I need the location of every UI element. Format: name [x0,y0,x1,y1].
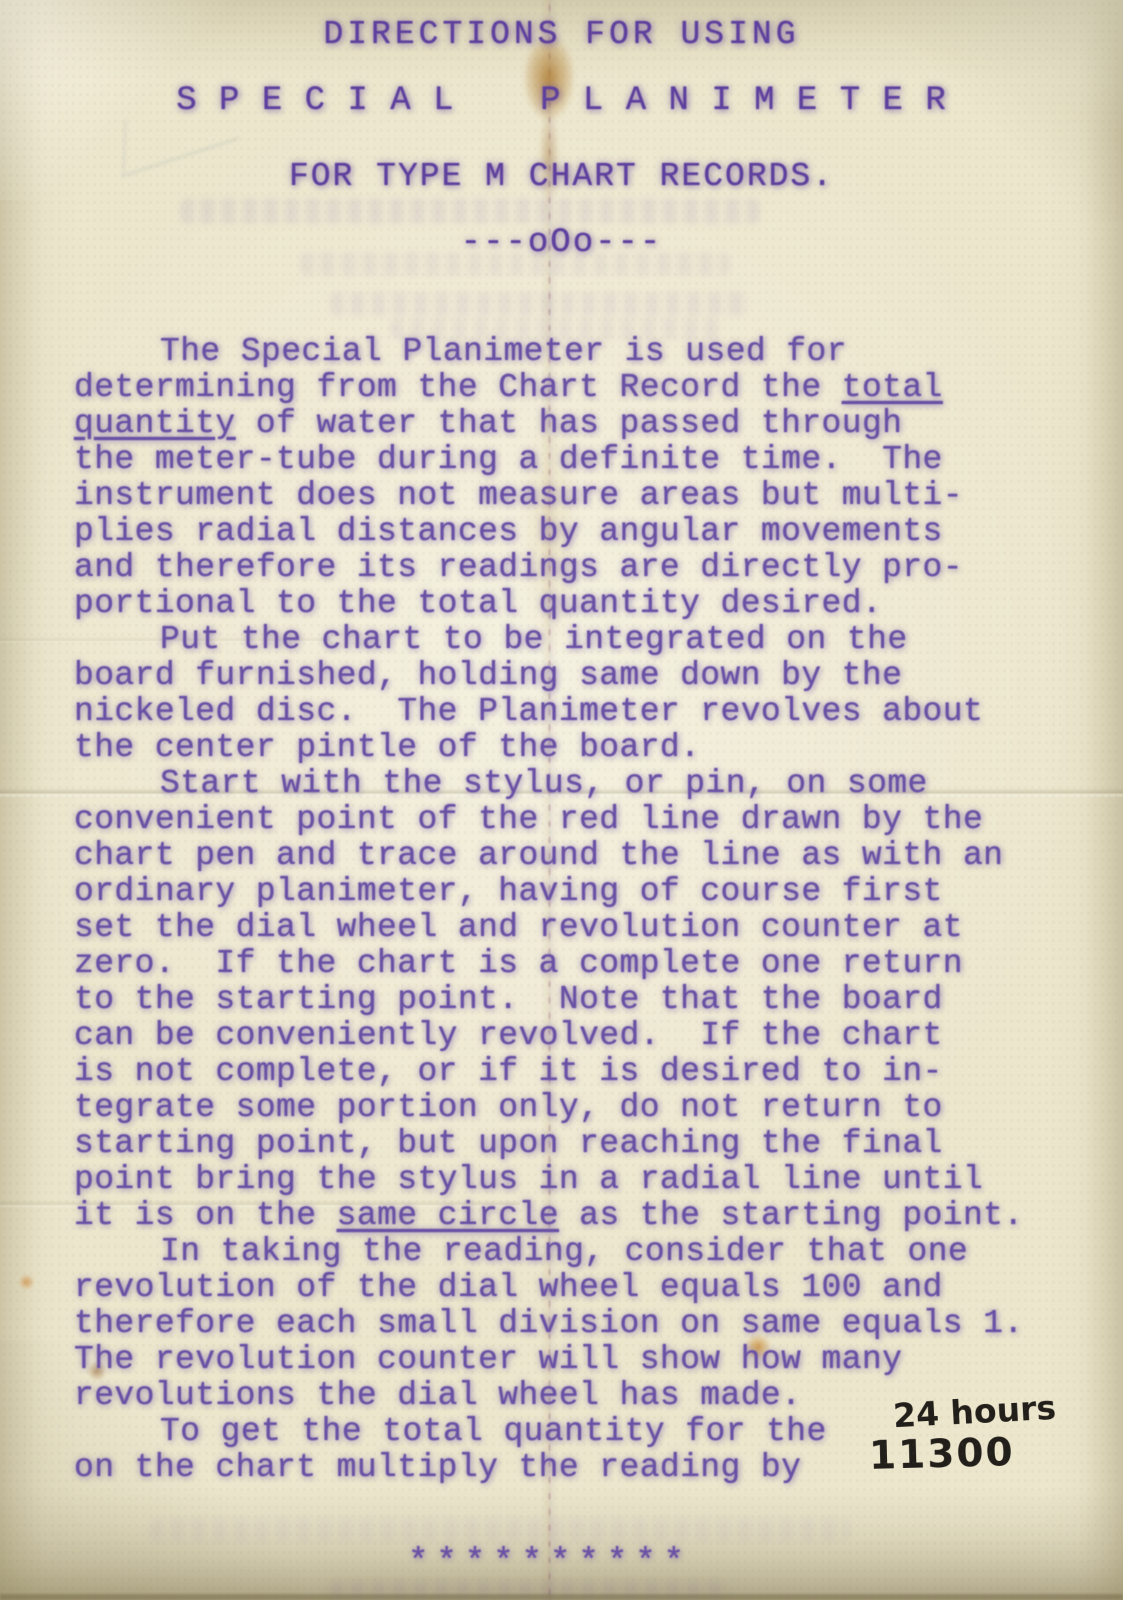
text-segment: board furnished, holding same down by th… [74,657,902,694]
text-line: to the starting point. Note that the boa… [74,982,1054,1018]
text-segment: it is on the [74,1197,337,1234]
text-line: Put the chart to be integrated on the [74,622,1054,658]
text-segment: chart pen and trace around the line as w… [74,837,1003,874]
text-line: The revolution counter will show how man… [74,1342,1054,1378]
text-segment: starting point, but upon reaching the fi… [74,1125,943,1162]
stain-spot [18,1274,35,1290]
text-line: determining from the Chart Record the to… [74,370,1054,406]
text-line: zero. If the chart is a complete one ret… [74,946,1054,982]
text-line: ordinary planimeter, having of course fi… [74,874,1054,910]
bleedthrough-text [180,198,760,224]
text-line: instrument does not measure areas but mu… [74,478,1054,514]
ornamental-divider: ---oOo--- [0,224,1123,262]
bleedthrough-text [330,1580,730,1600]
bleedthrough-text [150,1518,850,1542]
document-title: DIRECTIONS FOR USING [0,16,1123,53]
text-line: the meter-tube during a definite time. T… [74,442,1054,478]
text-segment: Put the chart to be integrated on the [160,621,908,658]
text-line: the center pintle of the board. [74,730,1054,766]
text-line: The Special Planimeter is used for [74,334,1054,370]
text-line: plies radial distances by angular moveme… [74,514,1054,550]
text-segment: Start with the stylus, or pin, on some [160,765,928,802]
text-line: starting point, but upon reaching the fi… [74,1126,1054,1162]
underlined-text: same circle [337,1197,559,1234]
text-segment: to the starting point. Note that the boa… [74,981,943,1018]
text-segment: is not complete, or if it is desired to … [74,1053,943,1090]
text-segment: plies radial distances by angular moveme… [74,513,943,550]
text-segment: To get the total quantity for the [160,1413,827,1450]
text-segment: on the chart multiply the reading by [74,1449,801,1486]
bottom-edge-shadow [0,1594,1123,1600]
text-segment: zero. If the chart is a complete one ret… [74,945,963,982]
text-line: point bring the stylus in a radial line … [74,1162,1054,1198]
text-line: nickeled disc. The Planimeter revolves a… [74,694,1054,730]
text-line: quantity of water that has passed throug… [74,406,1054,442]
document-page: DIRECTIONS FOR USING S P E C I A L P L A… [0,0,1123,1600]
text-line: In taking the reading, consider that one [74,1234,1054,1270]
text-line: therefore each small division on same eq… [74,1306,1054,1342]
text-line: revolution of the dial wheel equals 100 … [74,1270,1054,1306]
text-segment: can be conveniently revolved. If the cha… [74,1017,943,1054]
text-segment: revolutions the dial wheel has made. [74,1377,801,1414]
text-segment: portional to the total quantity desired. [74,585,882,622]
text-segment: of water that has passed through [236,405,903,442]
underlined-text: quantity [74,405,236,442]
text-segment: The Special Planimeter is used for [160,333,847,370]
text-line: tegrate some portion only, do not return… [74,1090,1054,1126]
text-line: convenient point of the red line drawn b… [74,802,1054,838]
text-segment: nickeled disc. The Planimeter revolves a… [74,693,983,730]
text-line: it is on the same circle as the starting… [74,1198,1054,1234]
text-segment: therefore each small division on same eq… [74,1305,1024,1342]
text-line: and therefore its readings are directly … [74,550,1054,586]
text-line: board furnished, holding same down by th… [74,658,1054,694]
text-segment: set the dial wheel and revolution counte… [74,909,963,946]
text-line: is not complete, or if it is desired to … [74,1054,1054,1090]
text-segment: instrument does not measure areas but mu… [74,477,963,514]
text-segment: In taking the reading, consider that one [160,1233,968,1270]
text-segment: The revolution counter will show how man… [74,1341,902,1378]
bleedthrough-text [330,292,750,316]
underlined-text: total [842,369,943,406]
text-segment: point bring the stylus in a radial line … [74,1161,983,1198]
text-segment: convenient point of the red line drawn b… [74,801,983,838]
text-segment: tegrate some portion only, do not return… [74,1089,943,1126]
text-segment: ordinary planimeter, having of course fi… [74,873,943,910]
body-text: The Special Planimeter is used fordeterm… [74,334,1054,1486]
text-segment: determining from the Chart Record the [74,369,842,406]
text-line: chart pen and trace around the line as w… [74,838,1054,874]
text-line: can be conveniently revolved. If the cha… [74,1018,1054,1054]
document-subtitle2: FOR TYPE M CHART RECORDS. [0,158,1123,195]
text-segment: the meter-tube during a definite time. T… [74,441,943,478]
text-line: portional to the total quantity desired. [74,586,1054,622]
handwritten-multiplier-annotation: 11300 [868,1430,1015,1479]
text-segment: and therefore its readings are directly … [74,549,963,586]
text-line: Start with the stylus, or pin, on some [74,766,1054,802]
text-segment: the center pintle of the board. [74,729,700,766]
text-line: set the dial wheel and revolution counte… [74,910,1054,946]
text-segment: revolution of the dial wheel equals 100 … [74,1269,943,1306]
document-subtitle: S P E C I A L P L A N I M E T E R [0,82,1123,120]
text-segment: as the starting point. [559,1197,1024,1234]
asterisk-footer: ********** [408,1544,692,1582]
